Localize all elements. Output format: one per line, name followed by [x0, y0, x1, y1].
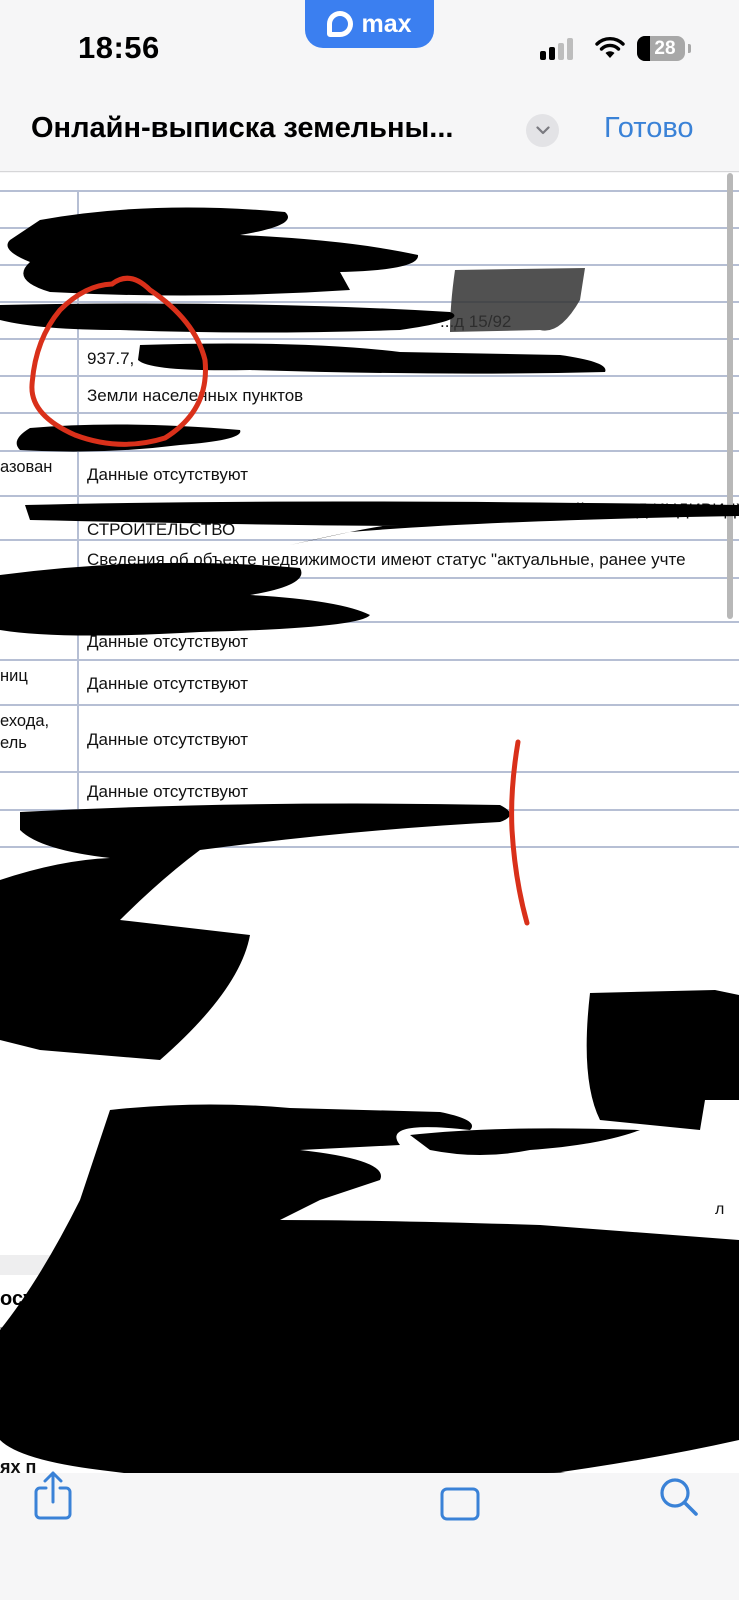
table-row: Данные отсутствуют	[0, 623, 739, 661]
lower-cell-text: Зем	[87, 1373, 117, 1391]
vertical-scrollbar[interactable]	[727, 173, 733, 619]
row-label: ниц	[0, 665, 74, 687]
table-row: ницДанные отсутствуют	[0, 661, 739, 706]
markup-button[interactable]	[440, 1487, 480, 1526]
search-icon	[658, 1476, 700, 1518]
row-label: част	[0, 583, 74, 605]
share-icon	[34, 1470, 72, 1520]
table-row: 937.7,	[0, 340, 739, 377]
markup-icon	[440, 1487, 480, 1521]
row-value: Е	[87, 819, 98, 841]
row-value: Земли населенных пунктов	[87, 385, 303, 407]
battery-level: 28	[646, 38, 675, 60]
row-value: Сведения об объекте недвижимости имеют с…	[87, 549, 686, 571]
row-value-line2: СТРОИТЕЛЬСТВО	[87, 519, 235, 541]
status-bar: 18:56 max 28	[0, 0, 739, 90]
row-value: Данные отсутствуют	[87, 673, 248, 695]
bottom-toolbar	[0, 1473, 739, 1600]
share-button[interactable]	[34, 1470, 72, 1525]
chevron-down-icon	[536, 126, 550, 135]
row-value: ...й жилой застройки, ПОД ИНДИВИДУАЛЬНОЕ…	[440, 499, 739, 521]
max-logo-icon	[327, 11, 353, 37]
row-value: ...д 15/92	[440, 311, 511, 333]
table-row	[0, 229, 739, 266]
table-line	[0, 1361, 739, 1363]
row-value: Данные отсутствуют	[87, 781, 248, 803]
section-separator	[0, 1255, 739, 1275]
row-label-line2: ель	[0, 732, 74, 754]
table-line	[0, 1399, 739, 1401]
table-row: Данные отсутствуют	[0, 773, 739, 811]
clock: 18:56	[78, 30, 160, 66]
table-row: Земли населенных пунктов	[0, 377, 739, 414]
battery-icon: 28	[637, 36, 685, 61]
wifi-icon	[595, 36, 625, 60]
nav-bar: Онлайн-выписка земельны... Готово	[0, 90, 739, 172]
row-label: азован	[0, 456, 74, 478]
row-value: Данные отсутствуют	[87, 464, 248, 486]
max-app-pill[interactable]: max	[305, 0, 434, 48]
partial-text-right-upper: л	[715, 1201, 724, 1219]
table-row: ...й жилой застройки, ПОД ИНДИВИДУАЛЬНОЕ…	[0, 497, 739, 541]
row-value: 937.7,	[87, 348, 134, 370]
section-subheading: тановления Прав...	[0, 1323, 142, 1341]
battery-tip	[688, 44, 691, 53]
search-button[interactable]	[658, 1476, 700, 1523]
title-menu-button[interactable]	[526, 114, 559, 147]
section-heading-2: ях п	[0, 1457, 36, 1473]
max-app-label: max	[361, 10, 411, 39]
table-row: ехода,ельДанные отсутствуют	[0, 706, 739, 773]
table-line	[0, 1343, 739, 1345]
table-row: Сведения об объекте недвижимости имеют с…	[0, 541, 739, 579]
table-line	[0, 1436, 739, 1438]
done-button[interactable]: Готово	[604, 112, 694, 145]
table-row	[0, 266, 739, 303]
partial-text-right: лен	[700, 1285, 727, 1303]
table-row: азованДанные отсутствуют	[0, 452, 739, 497]
table-row: Е	[0, 811, 739, 848]
table-row	[0, 192, 739, 229]
signal-icon	[540, 38, 576, 60]
table-header-spacer	[0, 173, 739, 192]
section-heading: осударственн...ости	[0, 1288, 200, 1311]
table-row: ...д 15/92	[0, 303, 739, 340]
document-view[interactable]: ...д 15/92937.7,Земли населенных пунктов…	[0, 173, 739, 1473]
table-row: част	[0, 579, 739, 623]
document-title[interactable]: Онлайн-выписка земельны...	[31, 112, 453, 145]
table-row	[0, 414, 739, 452]
row-value: Данные отсутствуют	[87, 631, 248, 653]
row-label: ехода,	[0, 710, 74, 732]
row-value: Данные отсутствуют	[87, 729, 248, 751]
